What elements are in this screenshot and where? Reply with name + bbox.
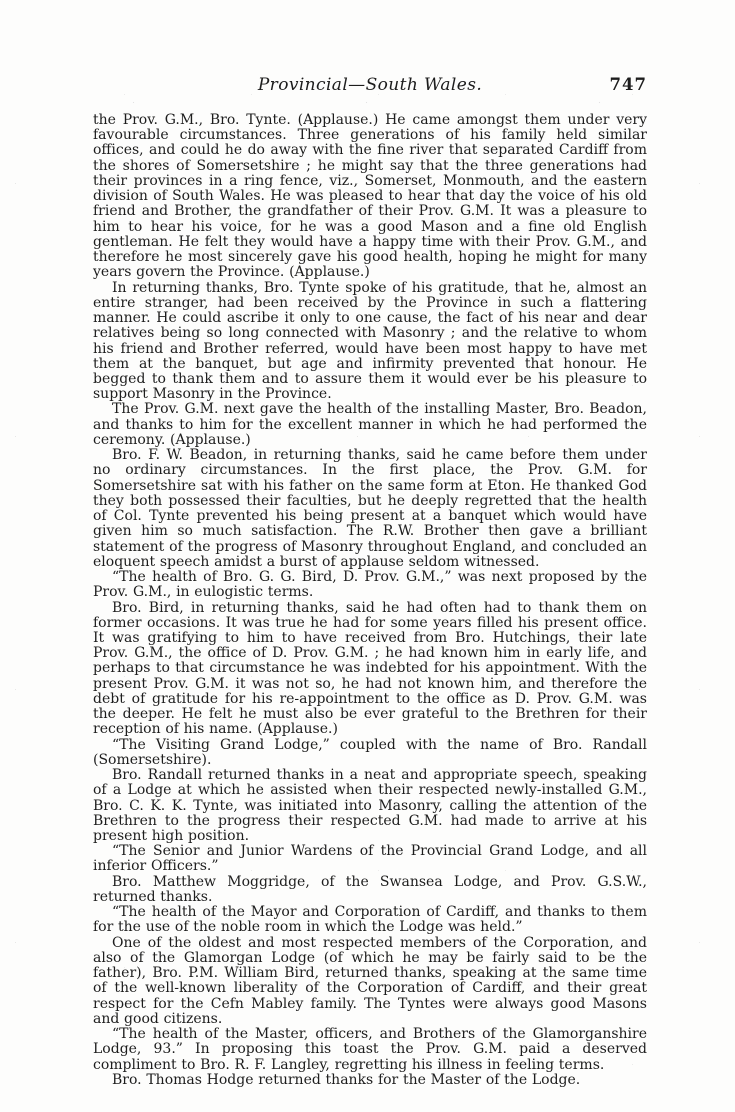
paragraph: In returning thanks, Bro. Tynte spoke of… [93,281,647,403]
paragraph: the Prov. G.M., Bro. Tynte. (Applause.) … [93,113,647,281]
paragraph: Bro. Thomas Hodge returned thanks for th… [93,1073,647,1088]
article-body: the Prov. G.M., Bro. Tynte. (Applause.) … [93,113,647,1088]
paragraph: Bro. Randall returned thanks in a neat a… [93,768,647,844]
paragraph: One of the oldest and most respected mem… [93,936,647,1027]
paragraph: “The Visiting Grand Lodge,” coupled with… [93,738,647,768]
paragraph: Bro. Matthew Moggridge, of the Swansea L… [93,875,647,905]
running-title: Provincial—South Wales. [93,75,647,95]
paragraph: Bro. Bird, in returning thanks, said he … [93,601,647,738]
paragraph: Bro. F. W. Beadon, in returning thanks, … [93,448,647,570]
paragraph: “The health of the Master, officers, and… [93,1027,647,1073]
paragraph: “The health of Bro. G. G. Bird, D. Prov.… [93,570,647,600]
paragraph: “The health of the Mayor and Corporation… [93,905,647,935]
paragraph: “The Senior and Junior Wardens of the Pr… [93,844,647,874]
page-header: Provincial—South Wales. 747 [93,75,647,97]
paragraph: The Prov. G.M. next gave the health of t… [93,402,647,448]
document-page: Provincial—South Wales. 747 the Prov. G.… [0,0,735,1112]
page-number: 747 [610,75,647,94]
